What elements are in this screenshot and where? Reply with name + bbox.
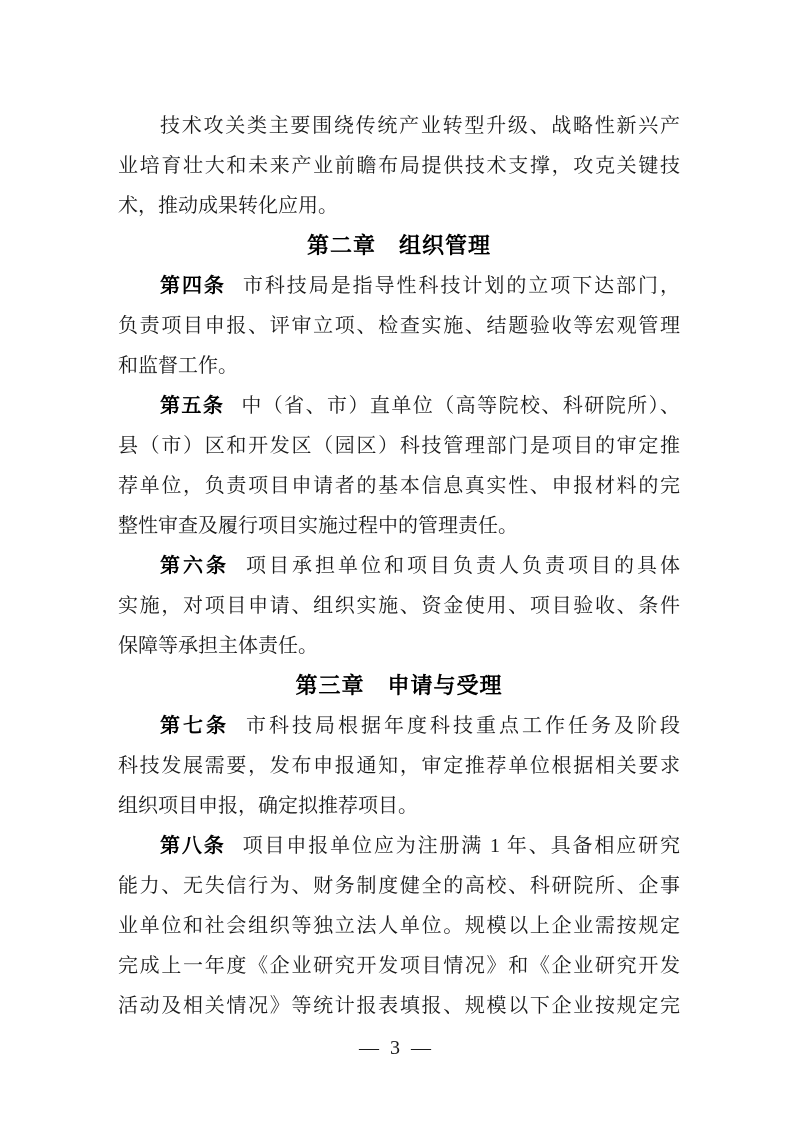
document-line: 第六条项目承担单位和项目负责人负责项目的具体 bbox=[118, 546, 680, 586]
chapter-heading: 第二章 组织管理 bbox=[118, 226, 680, 266]
document-line: 第四条市科技局是指导性科技计划的立项下达部门， bbox=[118, 266, 680, 306]
line-text: 荐单位，负责项目申请者的基本信息真实性、申报材料的完 bbox=[118, 475, 680, 497]
document-line: 能力、无失信行为、财务制度健全的高校、科研院所、企事 bbox=[118, 866, 680, 906]
document-line: 组织项目申报，确定拟推荐项目。 bbox=[118, 786, 680, 826]
article-number-label: 第五条 bbox=[160, 395, 224, 417]
document-line: 业单位和社会组织等独立法人单位。规模以上企业需按规定 bbox=[118, 906, 680, 946]
document-line: 县（市）区和开发区（园区）科技管理部门是项目的审定推 bbox=[118, 426, 680, 466]
chapter-heading: 第三章 申请与受理 bbox=[118, 666, 680, 706]
line-text: 保障等承担主体责任。 bbox=[118, 635, 318, 657]
document-line: 保障等承担主体责任。 bbox=[118, 626, 680, 666]
line-text: 技术攻关类主要围绕传统产业转型升级、战略性新兴产 bbox=[160, 115, 680, 137]
line-text: 市科技局根据年度科技重点工作任务及阶段 bbox=[246, 715, 680, 737]
line-text: 负责项目申报、评审立项、检查实施、结题验收等宏观管理 bbox=[118, 315, 680, 337]
line-text: 业培育壮大和未来产业前瞻布局提供技术支撑，攻克关键技 bbox=[118, 155, 680, 177]
page-number: — 3 — bbox=[0, 1030, 793, 1066]
line-text: 整性审查及履行项目实施过程中的管理责任。 bbox=[118, 515, 518, 537]
document-line: 负责项目申报、评审立项、检查实施、结题验收等宏观管理 bbox=[118, 306, 680, 346]
line-text: 术，推动成果转化应用。 bbox=[118, 195, 338, 217]
document-body: 技术攻关类主要围绕传统产业转型升级、战略性新兴产业培育壮大和未来产业前瞻布局提供… bbox=[118, 106, 680, 1026]
line-text: 项目申报单位应为注册满 1 年、具备相应研究 bbox=[243, 835, 680, 857]
line-text: 业单位和社会组织等独立法人单位。规模以上企业需按规定 bbox=[118, 915, 680, 937]
line-text: 组织项目申报，确定拟推荐项目。 bbox=[118, 795, 418, 817]
line-text: 活动及相关情况》等统计报表填报、规模以下企业按规定完 bbox=[118, 995, 680, 1017]
document-line: 业培育壮大和未来产业前瞻布局提供技术支撑，攻克关键技 bbox=[118, 146, 680, 186]
line-text: 中（省、市）直单位（高等院校、科研院所）、 bbox=[241, 395, 680, 417]
document-line: 活动及相关情况》等统计报表填报、规模以下企业按规定完 bbox=[118, 986, 680, 1026]
line-text: 能力、无失信行为、财务制度健全的高校、科研院所、企事 bbox=[118, 875, 680, 897]
document-line: 第五条中（省、市）直单位（高等院校、科研院所）、 bbox=[118, 386, 680, 426]
document-line: 第八条项目申报单位应为注册满 1 年、具备相应研究 bbox=[118, 826, 680, 866]
article-number-label: 第八条 bbox=[160, 835, 226, 857]
line-text: 和监督工作。 bbox=[118, 355, 238, 377]
line-text: 县（市）区和开发区（园区）科技管理部门是项目的审定推 bbox=[118, 435, 680, 457]
document-line: 术，推动成果转化应用。 bbox=[118, 186, 680, 226]
line-text: 完成上一年度《企业研究开发项目情况》和《企业研究开发 bbox=[118, 955, 680, 977]
line-text: 市科技局是指导性科技计划的立项下达部门， bbox=[243, 275, 680, 297]
document-line: 实施，对项目申请、组织实施、资金使用、项目验收、条件 bbox=[118, 586, 680, 626]
document-line: 技术攻关类主要围绕传统产业转型升级、战略性新兴产 bbox=[118, 106, 680, 146]
article-number-label: 第七条 bbox=[160, 715, 229, 737]
article-number-label: 第六条 bbox=[160, 555, 229, 577]
line-text: 科技发展需要，发布申报通知，审定推荐单位根据相关要求 bbox=[118, 755, 680, 777]
document-line: 和监督工作。 bbox=[118, 346, 680, 386]
line-text: 实施，对项目申请、组织实施、资金使用、项目验收、条件 bbox=[118, 595, 680, 617]
document-line: 完成上一年度《企业研究开发项目情况》和《企业研究开发 bbox=[118, 946, 680, 986]
document-line: 科技发展需要，发布申报通知，审定推荐单位根据相关要求 bbox=[118, 746, 680, 786]
document-line: 荐单位，负责项目申请者的基本信息真实性、申报材料的完 bbox=[118, 466, 680, 506]
document-line: 第七条市科技局根据年度科技重点工作任务及阶段 bbox=[118, 706, 680, 746]
document-line: 整性审查及履行项目实施过程中的管理责任。 bbox=[118, 506, 680, 546]
document-page: 技术攻关类主要围绕传统产业转型升级、战略性新兴产业培育壮大和未来产业前瞻布局提供… bbox=[0, 0, 793, 1122]
line-text: 项目承担单位和项目负责人负责项目的具体 bbox=[246, 555, 680, 577]
article-number-label: 第四条 bbox=[160, 275, 226, 297]
